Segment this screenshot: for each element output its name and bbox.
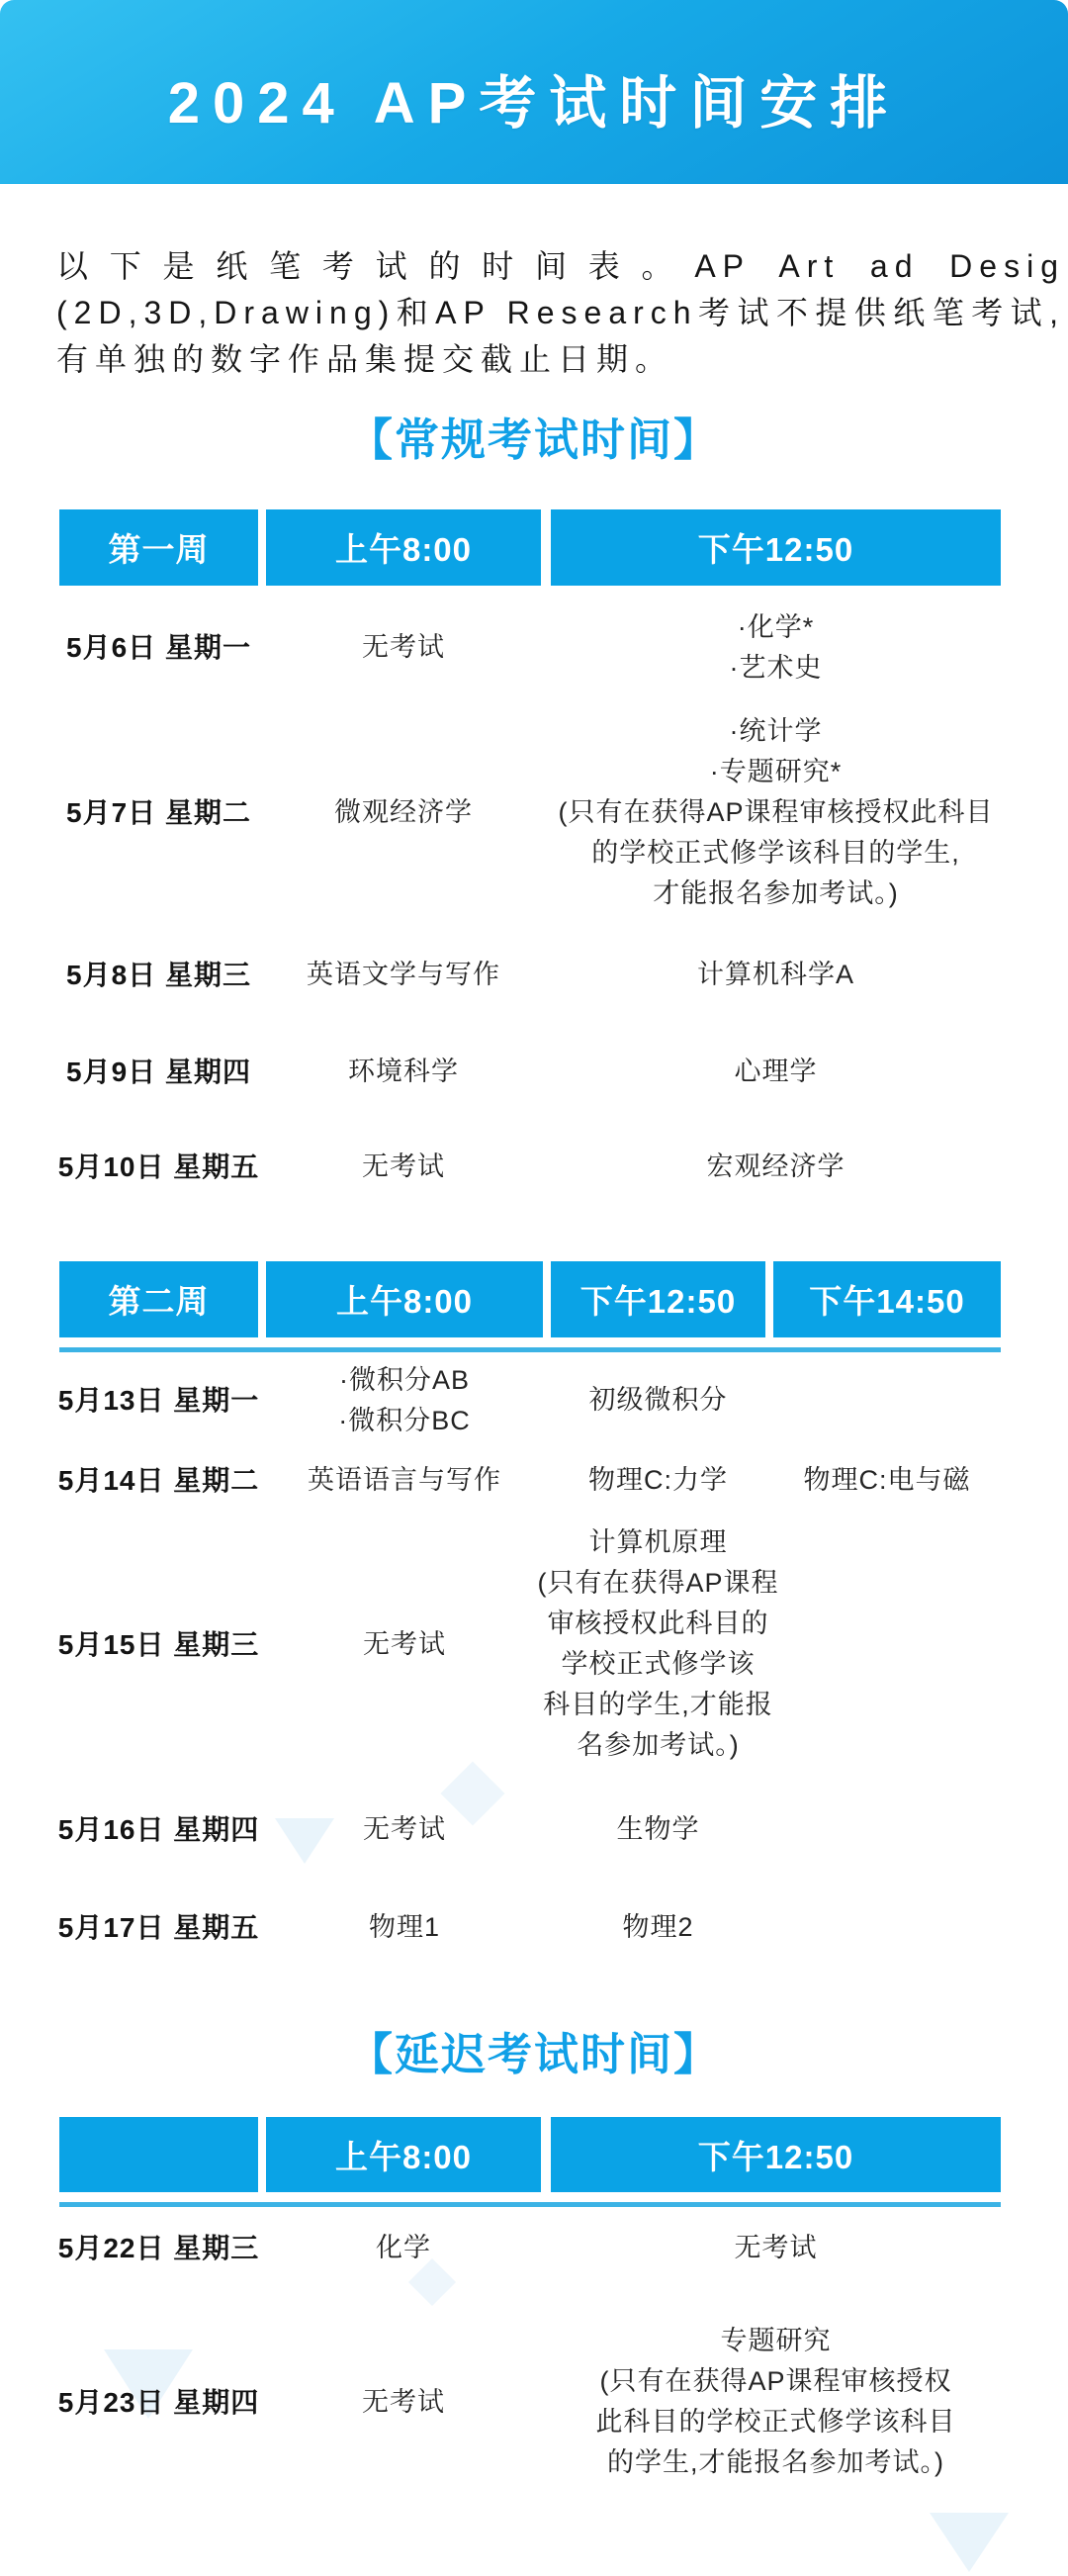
exam-name: ·专题研究* [710,752,843,792]
section-title-late: 【延迟考试时间】 [0,2018,1068,2082]
table-row: 5月15日 星期三 无考试 计算机原理 (只有在获得AP课程 审核授权此科目的 … [59,1512,1001,1777]
table-row: 5月8日 星期三 英语文学与写作 计算机科学A [59,925,1001,1024]
table-row: 5月22日 星期三 化学 无考试 [59,2207,1001,2288]
am-cell: 无考试 [266,2288,541,2516]
header-cell-am: 上午8:00 [266,509,541,586]
date-cell: 5月16日 星期四 [59,1777,258,1882]
table-header-row: 第一周 上午8:00 下午12:50 [59,509,1001,586]
intro-text: 以下是纸笔考试的时间表。AP Art ad Desig (2D,3D,Drawi… [56,243,1065,383]
exam-name: 宏观经济学 [707,1147,845,1187]
exam-note: 学校正式修学该 [562,1644,756,1685]
pm2-cell [773,1882,1001,1974]
pm-cell: 宏观经济学 [551,1120,1001,1214]
pm2-cell [773,1512,1001,1777]
am-cell: 无考试 [266,1120,541,1214]
table-row: 5月17日 星期五 物理1 物理2 [59,1882,1001,1974]
pm1-cell: 物理2 [551,1882,765,1974]
exam-name: 无考试 [735,2228,818,2268]
am-cell: 无考试 [266,1512,543,1777]
header-cell-pm: 下午12:50 [551,2117,1001,2192]
exam-name: 英语语言与写作 [308,1460,501,1501]
am-cell: 无考试 [266,1777,543,1882]
date-cell: 5月13日 星期一 [59,1352,258,1448]
header-cell-pm2: 下午14:50 [773,1261,1001,1337]
header-cell-am: 上午8:00 [266,2117,541,2192]
exam-name: 心理学 [735,1052,818,1092]
am-cell: 无考试 [266,596,541,699]
pm-cell: ·化学* ·艺术史 [551,596,1001,699]
exam-note: 才能报名参加考试。) [653,874,899,914]
exam-note: 的学校正式修学该科目的学生, [591,833,960,874]
exam-name: 无考试 [362,1147,445,1187]
header-cell-pm1: 下午12:50 [551,1261,765,1337]
am-cell: 化学 [266,2207,541,2288]
exam-table-late: 上午8:00 下午12:50 5月22日 星期三 化学 无考试 5月23日 星期… [59,2117,1001,2516]
table-row: 5月10日 星期五 无考试 宏观经济学 [59,1120,1001,1214]
pm-cell: 计算机科学A [551,925,1001,1024]
am-cell: 英语语言与写作 [266,1448,543,1512]
pm2-cell: 物理C:电与磁 [773,1448,1001,1512]
table-body: 5月22日 星期三 化学 无考试 5月23日 星期四 无考试 专题研究 [59,2207,1001,2516]
am-cell: 环境科学 [266,1024,541,1120]
header-cell-pm: 下午12:50 [551,509,1001,586]
watermark-triangle [930,2513,1009,2572]
table-row: 5月9日 星期四 环境科学 心理学 [59,1024,1001,1120]
section-title-regular: 【常规考试时间】 [0,404,1068,468]
exam-note: 此科目的学校正式修学该科目 [596,2402,956,2442]
exam-name: 微观经济学 [334,792,473,833]
date-cell: 5月6日 星期一 [59,596,258,699]
exam-name: 生物学 [617,1809,700,1850]
exam-note: 的学生,才能报名参加考试。) [607,2442,944,2483]
am-cell: ·微积分AB ·微积分BC [266,1352,543,1448]
table-header-row: 第二周 上午8:00 下午12:50 下午14:50 [59,1261,1001,1337]
exam-name: 无考试 [362,2382,445,2423]
exam-name: 专题研究 [721,2321,832,2361]
exam-name: 英语文学与写作 [307,955,500,995]
header-cell-week: 第二周 [59,1261,258,1337]
date-cell: 5月17日 星期五 [59,1882,258,1974]
pm-cell: 专题研究 (只有在获得AP课程审核授权 此科目的学校正式修学该科目 的学生,才能… [551,2288,1001,2516]
table-row: 5月23日 星期四 无考试 专题研究 (只有在获得AP课程审核授权 此科目的学校… [59,2288,1001,2516]
exam-name: 物理1 [369,1907,440,1948]
exam-name: 环境科学 [348,1052,459,1092]
page: 2024 AP考试时间安排 以下是纸笔考试的时间表。AP Art ad Desi… [0,0,1068,2576]
header-cell-empty [59,2117,258,2192]
pm-cell: 心理学 [551,1024,1001,1120]
exam-name: 无考试 [363,1809,446,1850]
banner: 2024 AP考试时间安排 [0,0,1068,184]
page-title: 2024 AP考试时间安排 [168,56,901,139]
am-cell: 微观经济学 [266,699,541,925]
table-header-row: 上午8:00 下午12:50 [59,2117,1001,2192]
header-cell-week: 第一周 [59,509,258,586]
table-row: 5月16日 星期四 无考试 生物学 [59,1777,1001,1882]
date-cell: 5月15日 星期三 [59,1512,258,1777]
am-cell: 英语文学与写作 [266,925,541,1024]
date-cell: 5月22日 星期三 [59,2207,258,2288]
exam-table-week2: 第二周 上午8:00 下午12:50 下午14:50 5月13日 星期一 ·微积… [59,1261,1001,1974]
exam-name: 物理C:电与磁 [804,1460,971,1501]
table-row: 5月7日 星期二 微观经济学 ·统计学 ·专题研究* (只有在获得AP课程审核授… [59,699,1001,925]
pm1-cell: 生物学 [551,1777,765,1882]
exam-name: ·艺术史 [730,648,823,689]
exam-note: (只有在获得AP课程审核授权此科目 [558,792,993,833]
pm-cell: 无考试 [551,2207,1001,2288]
exam-name: 无考试 [362,627,445,668]
exam-note: (只有在获得AP课程 [538,1563,779,1604]
pm1-cell: 物理C:力学 [551,1448,765,1512]
exam-name: 初级微积分 [589,1380,728,1421]
exam-name: ·统计学 [730,711,823,752]
pm2-cell [773,1352,1001,1448]
exam-name: 化学 [376,2228,431,2268]
table-row: 5月6日 星期一 无考试 ·化学* ·艺术史 [59,596,1001,699]
pm1-cell: 初级微积分 [551,1352,765,1448]
table-body: 5月13日 星期一 ·微积分AB ·微积分BC 初级微积分 5月14日 星期二 … [59,1352,1001,1974]
exam-note: 审核授权此科目的 [548,1604,769,1644]
exam-name: 计算机科学A [697,955,854,995]
pm1-cell: 计算机原理 (只有在获得AP课程 审核授权此科目的 学校正式修学该 科目的学生,… [551,1512,765,1777]
exam-note: 名参加考试。) [577,1725,740,1766]
exam-note: 科目的学生,才能报 [543,1685,773,1725]
table-body: 5月6日 星期一 无考试 ·化学* ·艺术史 5月7日 星期二 微观经济学 [59,596,1001,1214]
date-cell: 5月7日 星期二 [59,699,258,925]
exam-name: 无考试 [363,1624,446,1665]
date-cell: 5月14日 星期二 [59,1448,258,1512]
exam-name: 计算机原理 [589,1522,728,1563]
pm2-cell [773,1777,1001,1882]
table-row: 5月14日 星期二 英语语言与写作 物理C:力学 物理C:电与磁 [59,1448,1001,1512]
table-row: 5月13日 星期一 ·微积分AB ·微积分BC 初级微积分 [59,1352,1001,1448]
date-cell: 5月8日 星期三 [59,925,258,1024]
date-cell: 5月9日 星期四 [59,1024,258,1120]
exam-note: (只有在获得AP课程审核授权 [599,2361,951,2402]
exam-name: 物理2 [622,1907,693,1948]
date-cell: 5月10日 星期五 [59,1120,258,1214]
exam-name: ·微积分AB [339,1360,470,1401]
exam-name: ·微积分BC [338,1401,471,1441]
exam-name: ·化学* [738,607,815,648]
pm-cell: ·统计学 ·专题研究* (只有在获得AP课程审核授权此科目 的学校正式修学该科目… [551,699,1001,925]
header-cell-am: 上午8:00 [266,1261,543,1337]
am-cell: 物理1 [266,1882,543,1974]
exam-name: 物理C:力学 [588,1460,728,1501]
date-cell: 5月23日 星期四 [59,2288,258,2516]
exam-table-week1: 第一周 上午8:00 下午12:50 5月6日 星期一 无考试 ·化学* ·艺术… [59,509,1001,1214]
